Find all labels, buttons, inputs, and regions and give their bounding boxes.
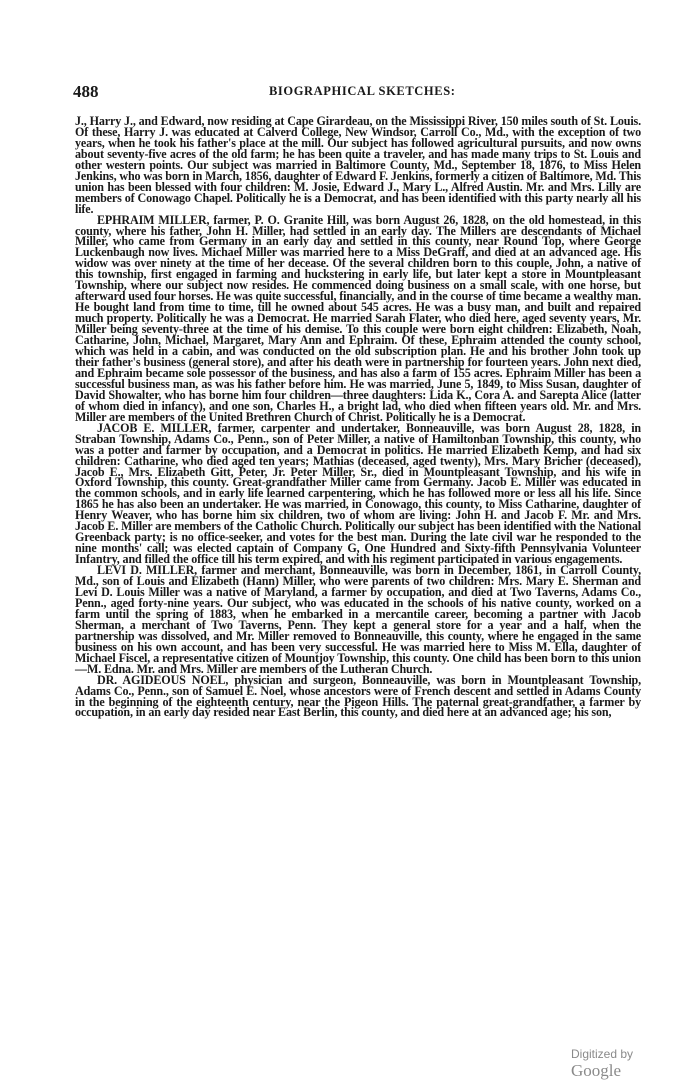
paragraph-ephraim-miller: EPHRAIM MILLER, farmer, P. O. Granite Hi… [75,215,641,423]
paragraph-jacob-e-miller: JACOB E. MILLER, farmer, carpenter and u… [75,423,641,565]
paragraph-levi-d-miller: LEVI D. MILLER, farmer and merchant, Bon… [75,565,641,675]
digitized-watermark: Digitized by Google [571,1047,685,1081]
watermark-prefix: Digitized by [571,1047,633,1061]
paragraph-lilly-continuation: J., Harry J., and Edward, now residing a… [75,116,641,215]
google-logo-text: Google [571,1061,621,1080]
page-header: 488 BIOGRAPHICAL SKETCHES: [73,82,640,102]
body-text: J., Harry J., and Edward, now residing a… [75,116,641,718]
book-page: 488 BIOGRAPHICAL SKETCHES: J., Harry J.,… [0,0,685,1089]
page-number: 488 [73,82,99,102]
paragraph-agideous-noel: DR. AGIDEOUS NOEL, physician and surgeon… [75,675,641,719]
running-head: BIOGRAPHICAL SKETCHES: [269,84,456,99]
